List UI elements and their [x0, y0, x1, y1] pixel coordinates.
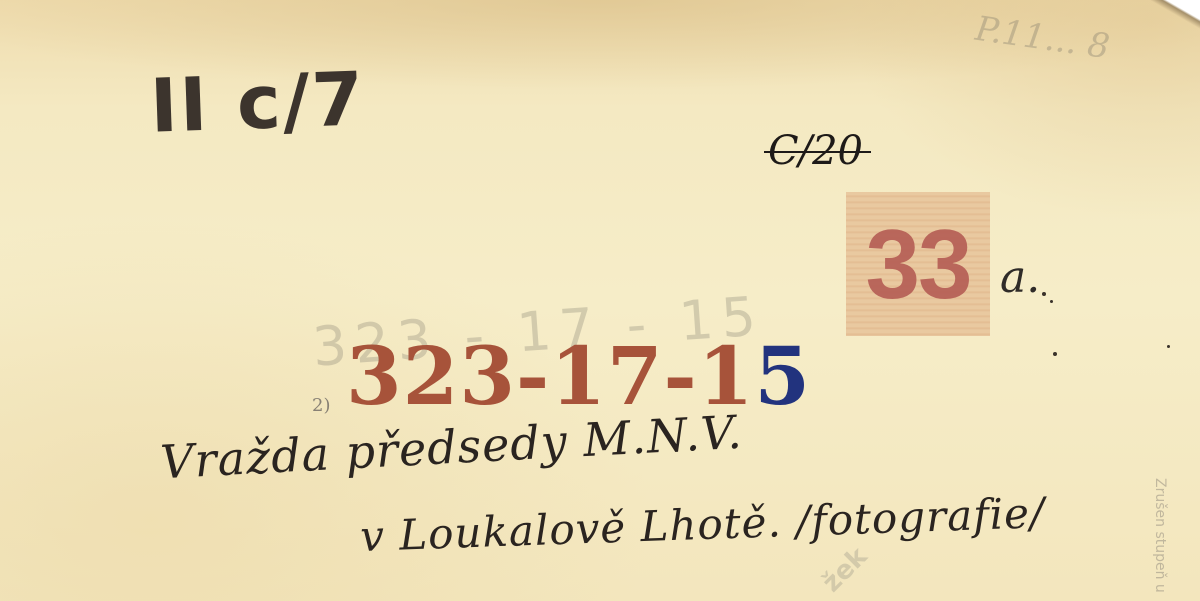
shelf-mark: II c/7 — [149, 56, 367, 149]
ink-speck — [1053, 352, 1057, 356]
ink-speck — [1050, 300, 1053, 303]
page-corner-fold — [1140, 0, 1200, 30]
file-number-blue: 5 — [754, 329, 811, 423]
file-number: 323-17-15 — [346, 336, 811, 416]
number-stamp: 33 — [846, 192, 990, 336]
stamp-suffix: a. — [1000, 252, 1040, 303]
ink-speck — [1167, 345, 1170, 348]
list-marker: 2) — [312, 395, 330, 416]
ink-speck — [1042, 292, 1046, 296]
shelf-mark-text: II c/7 — [149, 56, 367, 149]
stamp-number: 33 — [865, 208, 970, 321]
struck-reference: C/20 — [768, 128, 863, 174]
side-watermark: Zrušen stupeň u — [1152, 478, 1168, 593]
